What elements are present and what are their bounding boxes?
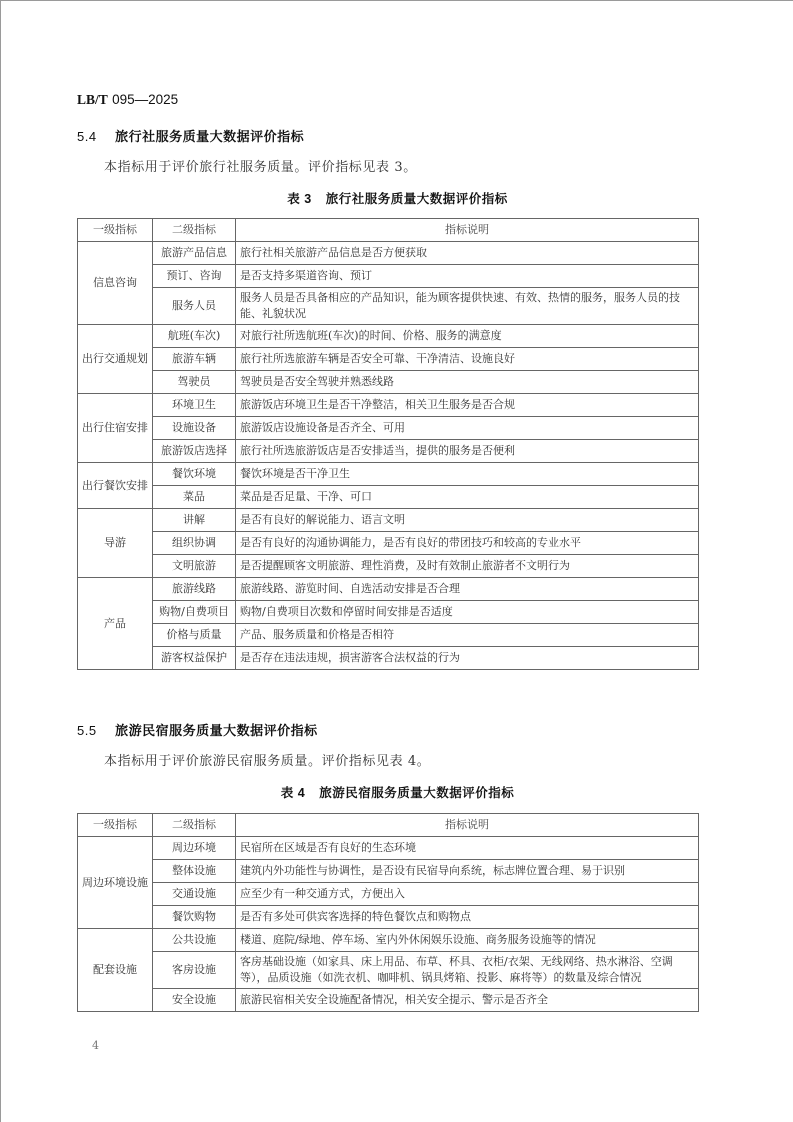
table-title: 旅行社服务质量大数据评价指标	[326, 192, 508, 206]
table-row: 文明旅游是否提醒顾客文明旅游、理性消费，及时有效制止旅游者不文明行为	[78, 555, 699, 578]
table-title: 旅游民宿服务质量大数据评价指标	[319, 786, 514, 800]
level2-indicator: 餐饮环境	[153, 463, 236, 486]
section-title: 旅游民宿服务质量大数据评价指标	[115, 723, 318, 738]
column-header: 二级指标	[153, 814, 236, 837]
table-row: 出行交通规划航班(车次)对旅行社所选航班(车次)的时间、价格、服务的满意度	[78, 325, 699, 348]
table-label: 表 4	[281, 783, 305, 801]
indicator-description: 旅游饭店设施设备是否齐全、可用	[236, 417, 699, 440]
level1-indicator: 出行餐饮安排	[78, 463, 153, 509]
table-row: 安全设施旅游民宿相关安全设施配备情况，相关安全提示、警示是否齐全	[78, 989, 699, 1012]
indicator-description: 是否支持多渠道咨询、预订	[236, 265, 699, 288]
table-row: 配套设施公共设施楼道、庭院/绿地、停车场、室内外休闲娱乐设施、商务服务设施等的情…	[78, 929, 699, 952]
level2-indicator: 餐饮购物	[153, 906, 236, 929]
table-row: 餐饮购物是否有多处可供宾客选择的特色餐饮点和购物点	[78, 906, 699, 929]
section-paragraph-5-4: 本指标用于评价旅行社服务质量。评价指标见表 3。	[104, 156, 417, 175]
column-header: 一级指标	[78, 814, 153, 837]
table-row: 购物/自费项目购物/自费项目次数和停留时间安排是否适度	[78, 601, 699, 624]
level2-indicator: 周边环境	[153, 837, 236, 860]
level1-indicator: 信息咨询	[78, 242, 153, 325]
section-number: 5.4	[77, 129, 111, 144]
indicator-description: 服务人员是否具备相应的产品知识，能为顾客提供快速、有效、热情的服务，服务人员的技…	[236, 288, 699, 325]
table-body: 周边环境设施周边环境民宿所在区域是否有良好的生态环境整体设施建筑内外功能性与协调…	[78, 837, 699, 1012]
indicator-description: 是否有多处可供宾客选择的特色餐饮点和购物点	[236, 906, 699, 929]
level2-indicator: 游客权益保护	[153, 647, 236, 670]
indicator-description: 旅游民宿相关安全设施配备情况，相关安全提示、警示是否齐全	[236, 989, 699, 1012]
table-row: 旅游饭店选择旅行社所选旅游饭店是否安排适当，提供的服务是否便利	[78, 440, 699, 463]
indicator-description: 客房基础设施（如家具、床上用品、布草、杯具、衣柜/衣架、无线网络、热水淋浴、空调…	[236, 952, 699, 989]
indicator-description: 旅游饭店环境卫生是否干净整洁，相关卫生服务是否合规	[236, 394, 699, 417]
level1-indicator: 出行交通规划	[78, 325, 153, 394]
table-body: 信息咨询旅游产品信息旅行社相关旅游产品信息是否方便获取预订、咨询是否支持多渠道咨…	[78, 242, 699, 670]
indicator-description: 旅行社相关旅游产品信息是否方便获取	[236, 242, 699, 265]
section-heading-5-5: 5.5 旅游民宿服务质量大数据评价指标	[77, 720, 318, 739]
table-row: 价格与质量产品、服务质量和价格是否相符	[78, 624, 699, 647]
indicator-description: 产品、服务质量和价格是否相符	[236, 624, 699, 647]
table-3-caption: 表 3旅行社服务质量大数据评价指标	[1, 189, 793, 207]
level2-indicator: 设施设备	[153, 417, 236, 440]
indicator-description: 楼道、庭院/绿地、停车场、室内外休闲娱乐设施、商务服务设施等的情况	[236, 929, 699, 952]
column-header: 指标说明	[236, 814, 699, 837]
table-row: 菜品菜品是否足量、干净、可口	[78, 486, 699, 509]
table-4-caption: 表 4旅游民宿服务质量大数据评价指标	[1, 783, 793, 801]
level2-indicator: 服务人员	[153, 288, 236, 325]
indicator-description: 是否有良好的解说能力、语言文明	[236, 509, 699, 532]
indicator-description: 民宿所在区域是否有良好的生态环境	[236, 837, 699, 860]
standard-prefix: LB/T	[77, 92, 108, 107]
indicator-description: 应至少有一种交通方式，方便出入	[236, 883, 699, 906]
section-title: 旅行社服务质量大数据评价指标	[115, 129, 304, 144]
level2-indicator: 公共设施	[153, 929, 236, 952]
page-number: 4	[92, 1039, 99, 1052]
level1-indicator: 周边环境设施	[78, 837, 153, 929]
table-row: 出行住宿安排环境卫生旅游饭店环境卫生是否干净整洁，相关卫生服务是否合规	[78, 394, 699, 417]
indicator-description: 旅行社所选旅游饭店是否安排适当，提供的服务是否便利	[236, 440, 699, 463]
table-row: 信息咨询旅游产品信息旅行社相关旅游产品信息是否方便获取	[78, 242, 699, 265]
table-row: 交通设施应至少有一种交通方式，方便出入	[78, 883, 699, 906]
section-number: 5.5	[77, 723, 111, 738]
level2-indicator: 菜品	[153, 486, 236, 509]
standard-number: 095—2025	[112, 92, 178, 107]
table-3: 一级指标 二级指标 指标说明 信息咨询旅游产品信息旅行社相关旅游产品信息是否方便…	[77, 218, 699, 670]
table-row: 服务人员服务人员是否具备相应的产品知识，能为顾客提供快速、有效、热情的服务，服务…	[78, 288, 699, 325]
indicator-description: 是否提醒顾客文明旅游、理性消费，及时有效制止旅游者不文明行为	[236, 555, 699, 578]
indicator-description: 购物/自费项目次数和停留时间安排是否适度	[236, 601, 699, 624]
level1-indicator: 配套设施	[78, 929, 153, 1012]
indicator-description: 旅行社所选旅游车辆是否安全可靠、干净清洁、设施良好	[236, 348, 699, 371]
table-label: 表 3	[287, 189, 311, 207]
level2-indicator: 价格与质量	[153, 624, 236, 647]
level2-indicator: 交通设施	[153, 883, 236, 906]
level2-indicator: 航班(车次)	[153, 325, 236, 348]
level2-indicator: 旅游线路	[153, 578, 236, 601]
indicator-description: 建筑内外功能性与协调性，是否设有民宿导向系统，标志牌位置合理、易于识别	[236, 860, 699, 883]
indicator-description: 是否存在违法违规，损害游客合法权益的行为	[236, 647, 699, 670]
level1-indicator: 导游	[78, 509, 153, 578]
table-row: 游客权益保护是否存在违法违规，损害游客合法权益的行为	[78, 647, 699, 670]
level2-indicator: 预订、咨询	[153, 265, 236, 288]
table-row: 设施设备旅游饭店设施设备是否齐全、可用	[78, 417, 699, 440]
table-row: 驾驶员驾驶员是否安全驾驶并熟悉线路	[78, 371, 699, 394]
section-paragraph-5-5: 本指标用于评价旅游民宿服务质量。评价指标见表 4。	[104, 750, 430, 769]
level2-indicator: 环境卫生	[153, 394, 236, 417]
section-heading-5-4: 5.4 旅行社服务质量大数据评价指标	[77, 126, 304, 145]
table-row: 旅游车辆旅行社所选旅游车辆是否安全可靠、干净清洁、设施良好	[78, 348, 699, 371]
level2-indicator: 旅游饭店选择	[153, 440, 236, 463]
level2-indicator: 旅游产品信息	[153, 242, 236, 265]
indicator-description: 餐饮环境是否干净卫生	[236, 463, 699, 486]
indicator-description: 是否有良好的沟通协调能力，是否有良好的带团技巧和较高的专业水平	[236, 532, 699, 555]
level2-indicator: 文明旅游	[153, 555, 236, 578]
level2-indicator: 购物/自费项目	[153, 601, 236, 624]
table-row: 出行餐饮安排餐饮环境餐饮环境是否干净卫生	[78, 463, 699, 486]
table-row: 导游讲解是否有良好的解说能力、语言文明	[78, 509, 699, 532]
indicator-description: 旅游线路、游览时间、自选活动安排是否合理	[236, 578, 699, 601]
level2-indicator: 驾驶员	[153, 371, 236, 394]
standard-code: LB/T 095—2025	[77, 92, 178, 108]
table-row: 预订、咨询是否支持多渠道咨询、预订	[78, 265, 699, 288]
indicator-description: 驾驶员是否安全驾驶并熟悉线路	[236, 371, 699, 394]
table-row: 组织协调是否有良好的沟通协调能力，是否有良好的带团技巧和较高的专业水平	[78, 532, 699, 555]
indicator-description: 对旅行社所选航班(车次)的时间、价格、服务的满意度	[236, 325, 699, 348]
column-header: 一级指标	[78, 219, 153, 242]
level2-indicator: 组织协调	[153, 532, 236, 555]
column-header: 二级指标	[153, 219, 236, 242]
level1-indicator: 产品	[78, 578, 153, 670]
table-row: 客房设施客房基础设施（如家具、床上用品、布草、杯具、衣柜/衣架、无线网络、热水淋…	[78, 952, 699, 989]
table-row: 周边环境设施周边环境民宿所在区域是否有良好的生态环境	[78, 837, 699, 860]
level1-indicator: 出行住宿安排	[78, 394, 153, 463]
level2-indicator: 讲解	[153, 509, 236, 532]
indicator-description: 菜品是否足量、干净、可口	[236, 486, 699, 509]
level2-indicator: 客房设施	[153, 952, 236, 989]
table-row: 整体设施建筑内外功能性与协调性，是否设有民宿导向系统，标志牌位置合理、易于识别	[78, 860, 699, 883]
level2-indicator: 旅游车辆	[153, 348, 236, 371]
column-header: 指标说明	[236, 219, 699, 242]
level2-indicator: 安全设施	[153, 989, 236, 1012]
table-4: 一级指标 二级指标 指标说明 周边环境设施周边环境民宿所在区域是否有良好的生态环…	[77, 813, 699, 1012]
level2-indicator: 整体设施	[153, 860, 236, 883]
table-row: 产品旅游线路旅游线路、游览时间、自选活动安排是否合理	[78, 578, 699, 601]
